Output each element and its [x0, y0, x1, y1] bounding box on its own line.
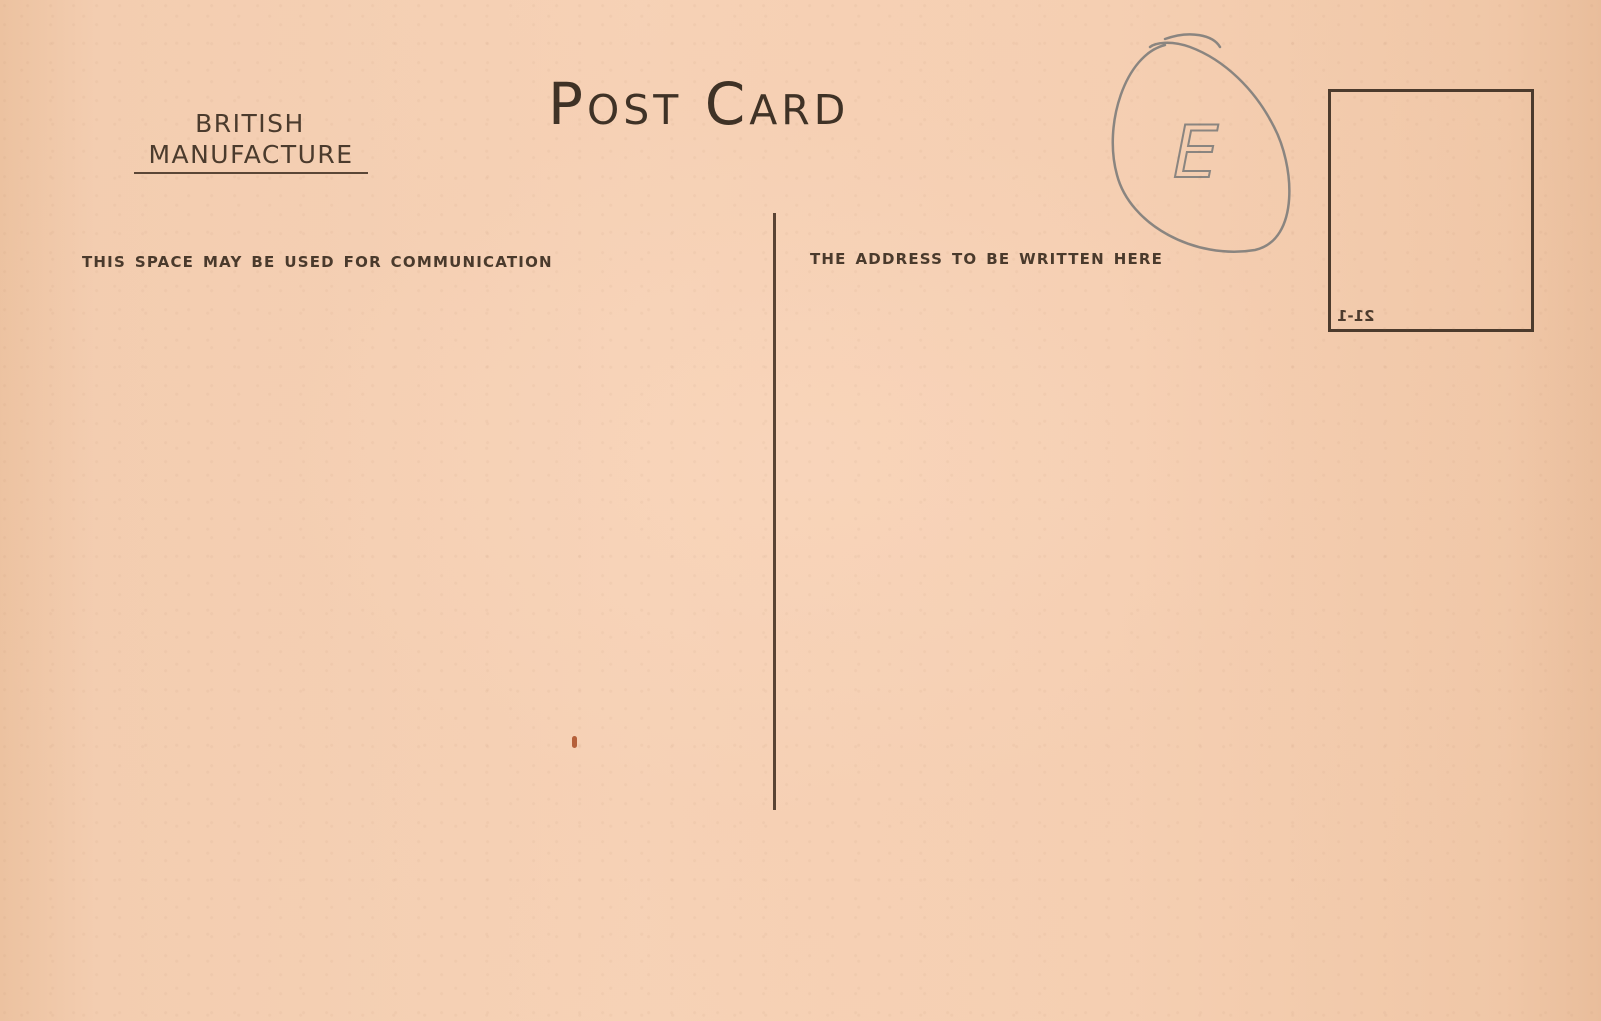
- maker-line-2: MANUFACTURE: [134, 139, 368, 174]
- address-label: The Address To Be Written Here: [810, 245, 1163, 270]
- maker-line-1: BRITISH: [195, 109, 305, 138]
- postcard-title: Post Card: [548, 70, 849, 138]
- svg-text:E: E: [1173, 110, 1219, 194]
- manufacturer-imprint: BRITISH MANUFACTURE: [132, 108, 368, 174]
- communication-label: This Space May Be Used For Communication: [82, 248, 553, 273]
- pencil-circled-letter: E: [1095, 25, 1315, 265]
- postcard-back: BRITISH MANUFACTURE Post Card E 21-1 Thi…: [0, 0, 1601, 1021]
- stamp-box: 21-1: [1328, 89, 1534, 332]
- stamp-box-code: 21-1: [1337, 307, 1375, 325]
- paper-stain: [572, 736, 577, 748]
- pencil-circle-icon: E: [1095, 25, 1315, 265]
- center-divider: [773, 213, 776, 810]
